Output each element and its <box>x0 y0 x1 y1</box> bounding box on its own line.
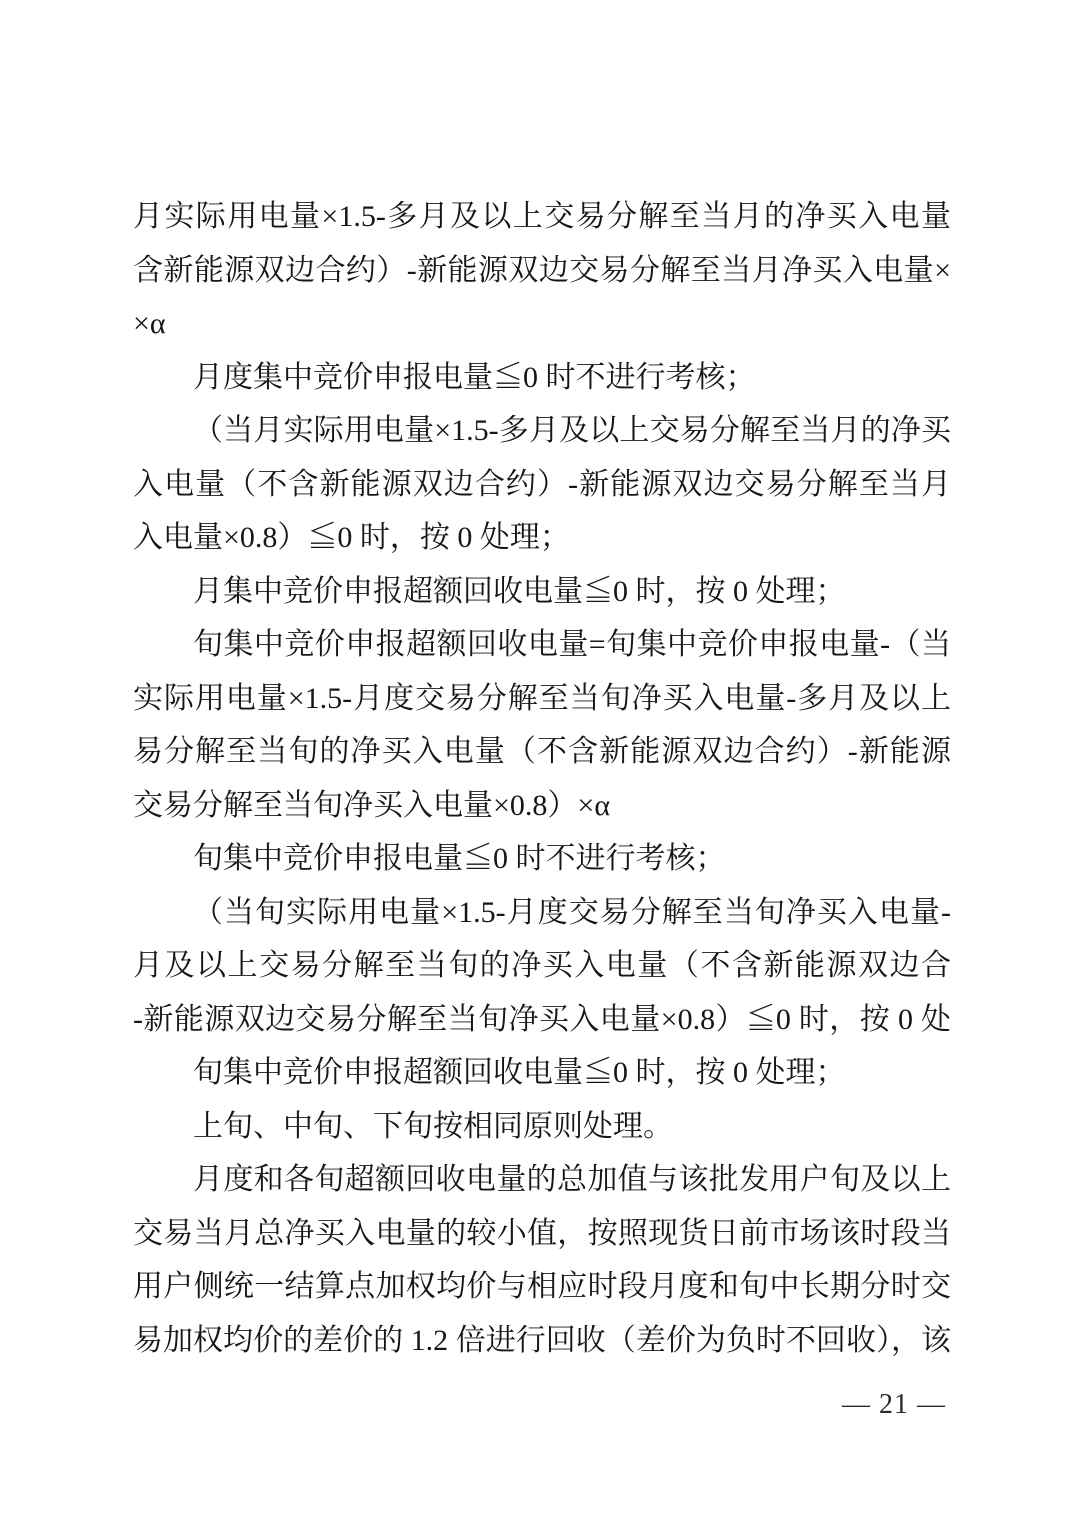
text-line: 月集中竞价申报超额回收电量≦0 时，按 0 处理； <box>133 565 951 619</box>
page-number: — 21 — <box>842 1389 946 1420</box>
text-line: 月实际用电量×1.5-多月及以上交易分解至当月的净买入电量（不 <box>133 190 951 244</box>
text-line: 易分解至当旬的净买入电量（不含新能源双边合约）-新能源双边 <box>133 725 951 779</box>
text-line: 实际用电量×1.5-月度交易分解至当旬净买入电量-多月及以上交 <box>133 672 951 726</box>
text-line: 交易分解至当旬净买入电量×0.8）×α <box>133 779 951 833</box>
text-line: 月度和各旬超额回收电量的总加值与该批发用户旬及以上 <box>133 1153 951 1207</box>
document-page: 月实际用电量×1.5-多月及以上交易分解至当月的净买入电量（不含新能源双边合约）… <box>0 0 1080 1527</box>
text-line: 旬集中竞价申报超额回收电量=旬集中竞价申报电量-（当旬 <box>133 618 951 672</box>
text-line: 交易当月总净买入电量的较小值，按照现货日前市场该时段当月 <box>133 1207 951 1261</box>
document-body: 月实际用电量×1.5-多月及以上交易分解至当月的净买入电量（不含新能源双边合约）… <box>133 190 951 1367</box>
text-line: 用户侧统一结算点加权均价与相应时段月度和旬中长期分时交 <box>133 1260 951 1314</box>
text-line: 入电量×0.8）≦0 时，按 0 处理； <box>133 511 951 565</box>
text-line: 月度集中竞价申报电量≦0 时不进行考核； <box>133 351 951 405</box>
text-line: （当月实际用电量×1.5-多月及以上交易分解至当月的净买 <box>133 404 951 458</box>
text-line: 含新能源双边合约）-新能源双边交易分解至当月净买入电量×0.8） <box>133 244 951 298</box>
text-line: 上旬、中旬、下旬按相同原则处理。 <box>133 1100 951 1154</box>
text-line: 入电量（不含新能源双边合约）-新能源双边交易分解至当月净买 <box>133 458 951 512</box>
text-line: 易加权均价的差价的 1.2 倍进行回收（差价为负时不回收），该项 <box>133 1314 951 1368</box>
text-line: （当旬实际用电量×1.5-月度交易分解至当旬净买入电量-多 <box>133 886 951 940</box>
text-line: 旬集中竞价申报超额回收电量≦0 时，按 0 处理； <box>133 1046 951 1100</box>
text-line: 旬集中竞价申报电量≦0 时不进行考核； <box>133 832 951 886</box>
text-line: -新能源双边交易分解至当旬净买入电量×0.8）≦0 时，按 0 处理； <box>133 993 951 1047</box>
text-line: 月及以上交易分解至当旬的净买入电量（不含新能源双边合约） <box>133 939 951 993</box>
text-line: ×α <box>133 297 951 351</box>
page-footer: — 21 — <box>842 1390 946 1420</box>
